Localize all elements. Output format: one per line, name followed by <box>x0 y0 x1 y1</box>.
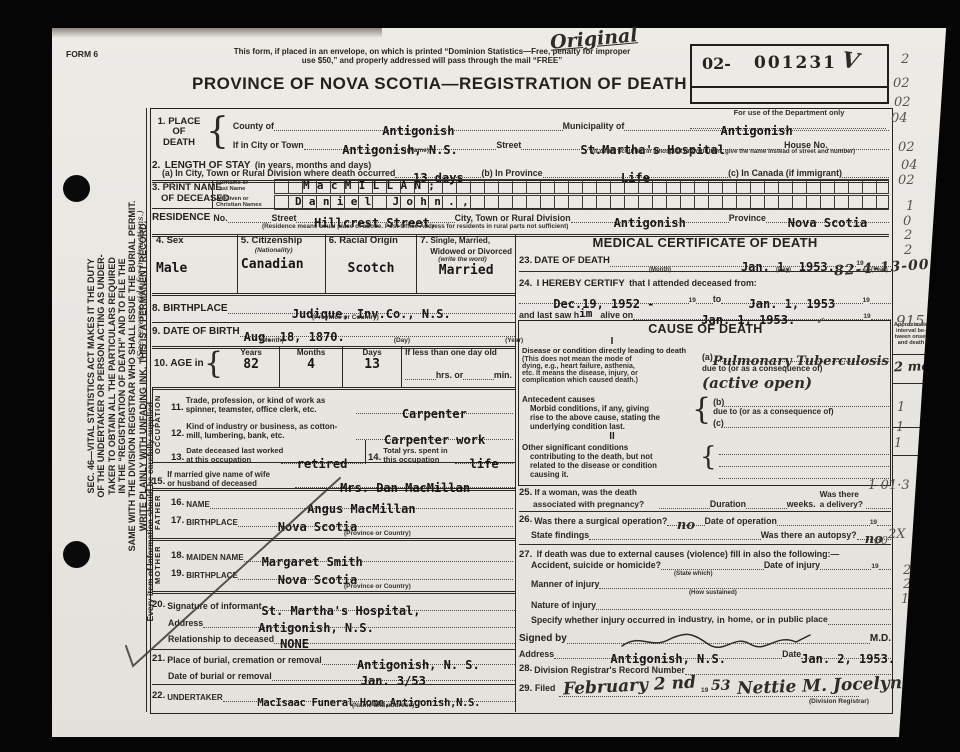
cause-b-field <box>724 394 889 407</box>
residence-no-field <box>228 210 272 223</box>
street-label: Street <box>496 140 521 150</box>
statute-line: OF THE UNDERTAKER OR PERSON ACTING AS UN… <box>96 142 106 610</box>
birthplace-label: 8. BIRTHPLACE <box>152 303 228 314</box>
age-days-cell: Days 13 <box>343 346 402 387</box>
statute-line: SEC. 46—VITAL STATISTICS ACT MAKES IT TH… <box>86 142 96 610</box>
pencil-mark: 02 <box>894 95 911 110</box>
father-birthplace-note: (Province or Country) <box>344 530 411 537</box>
brace: { <box>700 443 717 472</box>
stay-a-field: 13 days <box>395 165 481 178</box>
last-worked-row: 13. Date deceased last worked at this oc… <box>169 440 515 464</box>
surname-letter-grid: MacMILLAN; <box>274 179 889 194</box>
pencil-mark: 1-01·3 <box>868 478 910 493</box>
division-registrar-note: (Division Registrar) <box>809 698 869 705</box>
mailing-note-line2: use $50,” and properly addressed will pa… <box>192 56 672 65</box>
physician-signature-field <box>567 631 870 644</box>
signed-date-field: Jan. 2, 1953. <box>801 646 891 659</box>
section-filed: 29. Filed February 2 nd 19 53 Nettie M. … <box>519 676 891 712</box>
sex-value: Male <box>156 261 233 276</box>
street-note: (If death occurred in a hospital or inst… <box>592 148 855 155</box>
pencil-mark: 2X <box>888 527 906 542</box>
residence-province-value: Nova Scotia <box>788 216 867 230</box>
pencil-mark: 1 <box>897 400 905 415</box>
section-print-name: 3. PRINT NAME OF DECEASED Surname orLast… <box>152 180 889 209</box>
how-sustained-note: (How sustained) <box>689 589 737 596</box>
age-less-than-day-cell: If less than one day old hrs. or min. <box>402 346 515 387</box>
name-note: (Name) <box>407 147 429 154</box>
scan-shadow <box>52 28 382 38</box>
age-months-value: 4 <box>280 357 342 372</box>
brace: { <box>204 346 223 387</box>
big-checkmark <box>120 472 348 674</box>
place-of-death-label: 1. PLACE OF DEATH <box>152 117 206 149</box>
mailing-note: This form, if placed in an envelope, on … <box>192 47 672 65</box>
cause-a2-value: (active open) <box>702 374 889 392</box>
residence-province-label: Province <box>729 213 766 223</box>
pencil-mark: 2 <box>904 243 912 258</box>
cause-a-field: Pulmonary Tuberculosis <box>713 349 889 362</box>
pencil-mark: 1 <box>896 420 904 435</box>
racial-origin-cell: 6. Racial Origin Scotch <box>326 234 418 293</box>
trade-value: Carpenter <box>402 407 467 421</box>
attended-to-field: Jan. 1, 1953 <box>721 291 862 304</box>
section-occupation: OCCUPATION 11. Trade, profession, or kin… <box>152 387 515 463</box>
section-undertaker: 22. Undertaker MacIsaac Funeral Home,Ant… <box>152 682 515 716</box>
accident-field <box>661 557 764 570</box>
column-divider <box>515 234 516 712</box>
stamp-number: 001231 <box>754 53 837 73</box>
given-name-value: Daniel John., <box>295 195 476 208</box>
section-pregnancy: 25. If a woman, was the death associated… <box>519 484 891 512</box>
antecedent-row: Antecedent causes Morbid conditions, if … <box>522 395 889 431</box>
birthplace-note: (Province or Country) <box>152 314 515 321</box>
stamp-divider <box>692 86 887 88</box>
cause-c-field <box>724 415 889 428</box>
brace: { <box>206 116 229 148</box>
city-label: If in City or Town <box>233 140 304 150</box>
dob-day-note: (Day) <box>394 337 410 344</box>
pencil-check-mark: ✓ <box>816 316 824 327</box>
dob-field: Aug. 18, 1870. <box>240 324 515 337</box>
duration-field <box>746 496 787 509</box>
reverse-side-note: (See reverse side for instructions.) <box>136 210 146 360</box>
occupation-side-label: OCCUPATION <box>152 387 169 462</box>
undertaker-field: MacIsaac Funeral Home,Antigonish,N.S. <box>223 689 515 702</box>
residence-no-label: No. <box>213 213 227 223</box>
operation-date-field <box>777 513 870 526</box>
burial-place-field: Antigonish, N. S. <box>322 652 515 665</box>
section-record-number: 28. Division Registrar's Record Number <box>519 660 891 675</box>
pencil-mark: 2 <box>904 228 912 243</box>
print-name-label: 3. PRINT NAME OF DECEASED <box>152 183 212 204</box>
section1-number: 1. <box>158 116 166 127</box>
registration-number-stamp: 02- 001231 V <box>690 44 889 104</box>
death-date-month-field <box>610 254 720 267</box>
section-signed: Signed by M.D. Address Antigonish, N.S. … <box>519 626 891 660</box>
section-residence: RESIDENCE No. Street Hillcrest Street, C… <box>152 208 889 237</box>
brace: { <box>692 395 711 425</box>
pencil-mark: 02 <box>898 140 915 155</box>
birthplace-field: Judique, Inv.Co., N.S. <box>228 301 515 314</box>
marital-status-cell: 7. Single, Married, Widowed or Divorced … <box>417 234 515 293</box>
municipality-label: Municipality of <box>563 121 625 131</box>
marital-status-value: Married <box>420 263 512 278</box>
cause-lead-row: Disease or condition directly leading to… <box>522 347 889 392</box>
section-place-of-death: 1. PLACE OF DEATH { County of Antigonish… <box>152 110 889 155</box>
findings-field <box>589 527 761 540</box>
residence-street-field: Hillcrest Street, <box>296 210 454 223</box>
municipality-value: Antigonish <box>721 124 793 138</box>
county-field: Antigonish <box>274 118 563 131</box>
scanned-death-registration: { "header": { "form_no": "FORM 6", "mail… <box>0 0 960 752</box>
other-conditions-row: Other significant conditions contributin… <box>522 443 889 479</box>
surname-value: MacMILLAN; <box>303 179 442 192</box>
pencil-mark: 02 <box>898 173 915 188</box>
pencil-mark: 1 <box>894 436 902 451</box>
section-operation: 26. Was there a surgical operation? no D… <box>519 509 891 545</box>
pencil-mark: 915 <box>896 312 925 330</box>
pregnancy-field <box>659 496 710 509</box>
dob-month-note: (Month) <box>260 337 284 344</box>
age-years-cell: Years 82 <box>223 346 280 387</box>
section-external-causes: 27. If death was due to external causes … <box>519 542 891 628</box>
section3-number: 3. <box>152 182 160 193</box>
section2-number: 2. <box>152 160 160 171</box>
stay-a-label: (a) In City, Town or Rural Division wher… <box>162 168 395 178</box>
age-months-cell: Months 4 <box>280 346 343 387</box>
mother-birthplace-note: (Province or Country) <box>344 583 411 590</box>
stay-b-field: Life <box>543 165 729 178</box>
county-value: Antigonish <box>382 124 454 138</box>
injury-date-field <box>820 557 871 570</box>
page-title: PROVINCE OF NOVA SCOTIA—REGISTRATION OF … <box>192 74 672 93</box>
trade-row: 11. Trade, profession, or kind of work a… <box>169 387 515 414</box>
cause-title: CAUSE OF DEATH <box>522 322 889 336</box>
form-number: FORM 6 <box>66 50 98 60</box>
residence-city-value: Antigonish <box>614 216 686 230</box>
filed-year-handwriting: 53 <box>711 678 730 694</box>
name-sublabels: Surname orLast Name All Given orChristia… <box>212 180 274 209</box>
dob-label: 9. DATE OF BIRTH <box>152 326 240 337</box>
stay-c-label: (c) In Canada (if immigrant) <box>728 168 842 178</box>
stay-b-label: (b) In Province <box>481 168 542 178</box>
statute-line: TAKER TO OBTAIN ALL THE PARTICULARS REQU… <box>107 142 117 610</box>
specify-field <box>828 612 891 625</box>
age-days-value: 13 <box>343 357 401 372</box>
citizenship-value: Canadian <box>241 257 322 272</box>
county-label: County of <box>233 121 274 131</box>
residence-province-field: Nova Scotia <box>766 210 889 223</box>
hrs-field <box>405 367 436 380</box>
cause-part2: II <box>522 431 702 442</box>
residence-city-field: Antigonish <box>571 210 729 223</box>
city-field: Antigonish, N.S. <box>304 137 497 150</box>
medical-certificate-title: MEDICAL CERTIFICATE OF DEATH <box>519 236 891 251</box>
form-paper: FORM 6 This form, if placed in an envelo… <box>52 28 947 737</box>
residence-label: RESIDENCE <box>152 212 210 223</box>
residence-street-label: Street <box>271 213 296 223</box>
municipality-field: Antigonish <box>624 118 889 131</box>
pencil-mark: 0 <box>903 214 911 229</box>
sex-cell: 4. Sex Male <box>152 234 238 293</box>
manner-field <box>599 576 891 589</box>
pencil-mark: 1 <box>906 199 914 214</box>
stamp-checkmark: V <box>840 47 861 75</box>
trade-field: Carpenter <box>356 401 513 414</box>
operation-field: no <box>667 513 704 526</box>
racial-origin-value: Scotch <box>329 261 414 276</box>
min-field <box>463 367 494 380</box>
nature-field <box>596 597 891 610</box>
residence-note: (Residence means usual place of abode. P… <box>152 223 889 230</box>
industry-field: Carpenter work <box>356 427 513 440</box>
pencil-mark: 00 <box>874 534 888 547</box>
dob-value: Aug. 18, 1870. <box>244 330 345 344</box>
record-number-field <box>685 662 891 675</box>
registrar-signature: Nettie M. Jocelyn <box>737 673 903 699</box>
section-personal-cells: 4. Sex Male 5. Citizenship (Nationality)… <box>152 234 515 296</box>
pencil-mark: 02 <box>893 76 910 91</box>
section-birthplace: 8. BIRTHPLACE Judique, Inv.Co., N.S. (Pr… <box>152 293 515 323</box>
delivery-field <box>866 496 891 509</box>
citizenship-cell: 5. Citizenship (Nationality) Canadian <box>238 234 326 293</box>
section-date-of-birth: 9. DATE OF BIRTH Aug. 18, 1870. (Month) … <box>152 322 515 349</box>
pencil-mark: 2 <box>901 52 909 67</box>
physician-address-field: Antigonish, N.S. <box>554 646 782 659</box>
attended-from-field: Dec.19, 1952 - <box>519 291 689 304</box>
section-age: 10. AGE in { Years 82 Months 4 Days 13 I… <box>152 346 515 390</box>
pencil-mark: 04 <box>891 111 908 126</box>
stamp-prefix: 02- <box>702 54 731 73</box>
residence-city-label: City, Town or Rural Division <box>455 213 571 223</box>
stay-c-field <box>842 165 889 178</box>
pencil-mark: 04 <box>901 158 918 173</box>
last-seen-field: Jan. 1, 1953. <box>633 307 863 320</box>
cause-of-death-box: CAUSE OF DEATH I Disease or condition di… <box>518 320 891 486</box>
age-label: 10. AGE in <box>152 346 204 387</box>
age-years-value: 82 <box>223 357 279 372</box>
